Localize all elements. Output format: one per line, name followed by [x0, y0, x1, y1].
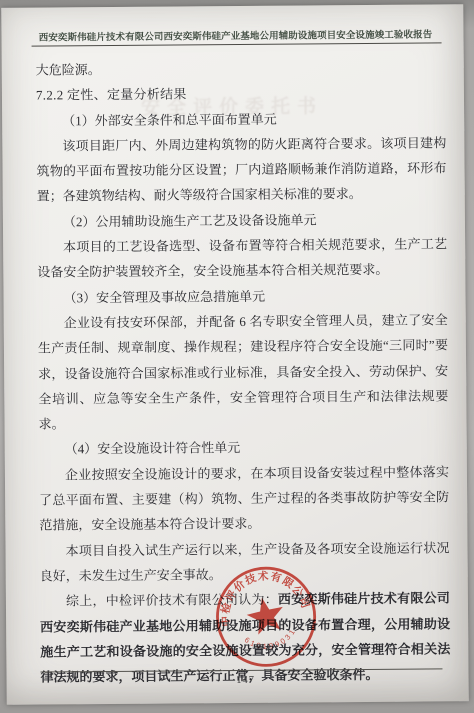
document-page: 安全评价委托书 西安奕斯伟硅片技术有限公司西安奕斯伟硅产业基地公用辅助设施项目安… — [1, 4, 468, 705]
paragraph: 本项目的工艺设备选型、设备布置等符合相关规范要求，生产工艺设备安全防护装置较齐全… — [37, 231, 447, 285]
svg-text:610199031: 610199031 — [241, 624, 301, 656]
paragraph: 大危险源。 — [36, 54, 446, 83]
paragraph: 企业按照安全设施设计的要求，在本项目设备安装过程中整体落实了总平面布置、主要建（… — [39, 459, 450, 538]
paragraph: （2）公用辅助设施生产工艺及设备设施单元 — [37, 206, 447, 235]
running-header: 西安奕斯伟硅片技术有限公司西安奕斯伟硅产业基地公用辅助设施项目安全设施竣工验收报… — [29, 26, 441, 43]
scan-background: 安全评价委托书 西安奕斯伟硅片技术有限公司西安奕斯伟硅产业基地公用辅助设施项目安… — [0, 0, 474, 713]
paragraph: （4）安全设施设计符合性单元 — [39, 434, 449, 463]
seal-code-text: 610199031 — [241, 624, 301, 656]
paragraph: （3）安全管理及事故应急措施单元 — [37, 282, 447, 311]
star-icon — [244, 594, 288, 636]
paragraph: （1）外部安全条件和总平面布置单元 — [36, 105, 446, 134]
paragraph: 企业设有技安环保部，并配备 6 名专职安全管理人员，建立了安全生产责任制、规章制… — [38, 307, 449, 437]
paragraph: 7.2.2 定性、定量分析结果 — [36, 80, 446, 109]
company-seal-stamp: 中检评价技术有限公司 610199031 — [203, 554, 329, 680]
paragraph: 该项目距厂内、外周边建构筑物的防火距离符合要求。该项目建构筑物的平面布置按功能分… — [36, 130, 447, 209]
